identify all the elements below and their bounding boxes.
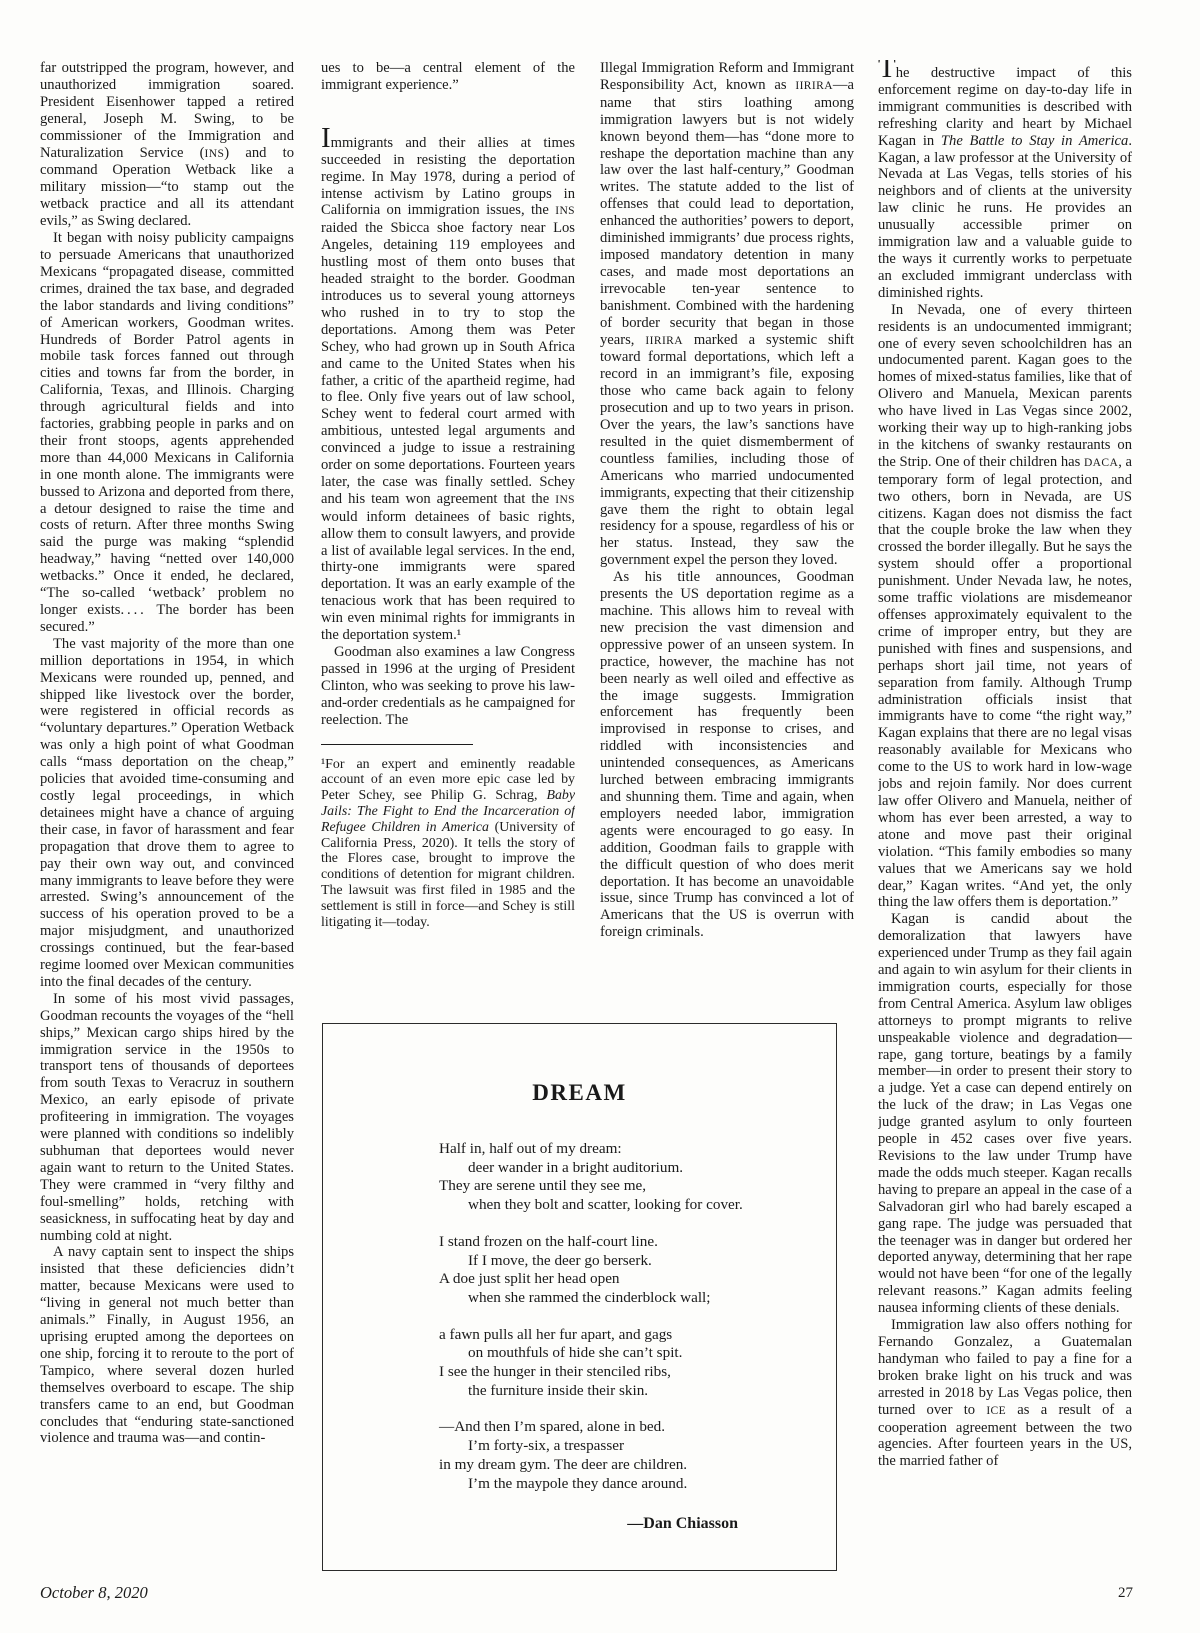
footnote-text: ¹For an expert and eminently readable ac… xyxy=(321,757,575,931)
body-paragraph: ues to be—a central element of the immig… xyxy=(321,60,575,94)
body-paragraph: In some of his most vivid passages, Good… xyxy=(40,991,294,1245)
poem-line: I see the hunger in their stenciled ribs… xyxy=(439,1363,836,1382)
body-paragraph: Kagan is candid about the demoralization… xyxy=(878,911,1132,1317)
body-paragraph: far outstripped the program, however, an… xyxy=(40,60,294,230)
footnote-divider xyxy=(321,744,473,745)
body-paragraph: Illegal Immigration Reform and Immigrant… xyxy=(600,60,854,569)
poem-box: DREAM Half in, half out of my dream: dee… xyxy=(322,1023,837,1571)
poem-line: a fawn pulls all her fur apart, and gags xyxy=(439,1326,836,1345)
poem-line: I’m forty-six, a trespasser xyxy=(439,1437,836,1456)
poem-line: when they bolt and scatter, looking for … xyxy=(439,1196,836,1215)
poem-line: If I move, the deer go berserk. xyxy=(439,1252,836,1271)
poem-line: I’m the maypole they dance around. xyxy=(439,1475,836,1494)
poem-stanza: —And then I’m spared, alone in bed. I’m … xyxy=(439,1418,836,1493)
poem-line: —And then I’m spared, alone in bed. xyxy=(439,1418,836,1437)
column-2: ues to be—a central element of the immig… xyxy=(321,60,575,1023)
poem-attribution: —Dan Chiasson xyxy=(323,1515,738,1533)
poem-line: on mouthfuls of hide she can’t spit. xyxy=(439,1344,836,1363)
body-paragraph: A navy captain sent to inspect the ships… xyxy=(40,1244,294,1447)
poem-title: DREAM xyxy=(323,1080,836,1106)
section-start-paragraph: Immigrants and their allies at times suc… xyxy=(321,130,575,644)
poem-line: in my dream gym. The deer are children. xyxy=(439,1456,836,1475)
column-3: Illegal Immigration Reform and Immigrant… xyxy=(600,60,854,1023)
column-4: The destructive impact of this enforceme… xyxy=(878,60,1132,1573)
body-paragraph: Goodman also examines a law Congress pas… xyxy=(321,644,575,729)
poem-line: the furniture inside their skin. xyxy=(439,1382,836,1401)
page-number: 27 xyxy=(1118,1585,1133,1602)
body-paragraph: In Nevada, one of every thirteen residen… xyxy=(878,302,1132,912)
poem-body: Half in, half out of my dream: deer wand… xyxy=(439,1140,836,1493)
poem-line: Half in, half out of my dream: xyxy=(439,1140,836,1159)
body-paragraph: As his title announces, Goodman presents… xyxy=(600,569,854,941)
section-start-paragraph: The destructive impact of this enforceme… xyxy=(878,60,1132,302)
issue-date: October 8, 2020 xyxy=(40,1583,148,1603)
poem-stanza: I stand frozen on the half-court line. I… xyxy=(439,1233,836,1308)
body-paragraph: The vast majority of the more than one m… xyxy=(40,636,294,991)
poem-line: deer wander in a bright auditorium. xyxy=(439,1159,836,1178)
poem-stanza: Half in, half out of my dream: deer wand… xyxy=(439,1140,836,1215)
column-1: far outstripped the program, however, an… xyxy=(40,60,294,1562)
poem-line: They are serene until they see me, xyxy=(439,1177,836,1196)
poem-line: when she rammed the cinderblock wall; xyxy=(439,1289,836,1308)
body-paragraph: Immigration law also offers nothing for … xyxy=(878,1317,1132,1470)
poem-stanza: a fawn pulls all her fur apart, and gags… xyxy=(439,1326,836,1401)
poem-line: A doe just split her head open xyxy=(439,1270,836,1289)
body-paragraph: It began with noisy publicity campaigns … xyxy=(40,230,294,636)
poem-line: I stand frozen on the half-court line. xyxy=(439,1233,836,1252)
footnote: ¹For an expert and eminently readable ac… xyxy=(321,744,575,931)
magazine-page: far outstripped the program, however, an… xyxy=(0,0,1200,1633)
